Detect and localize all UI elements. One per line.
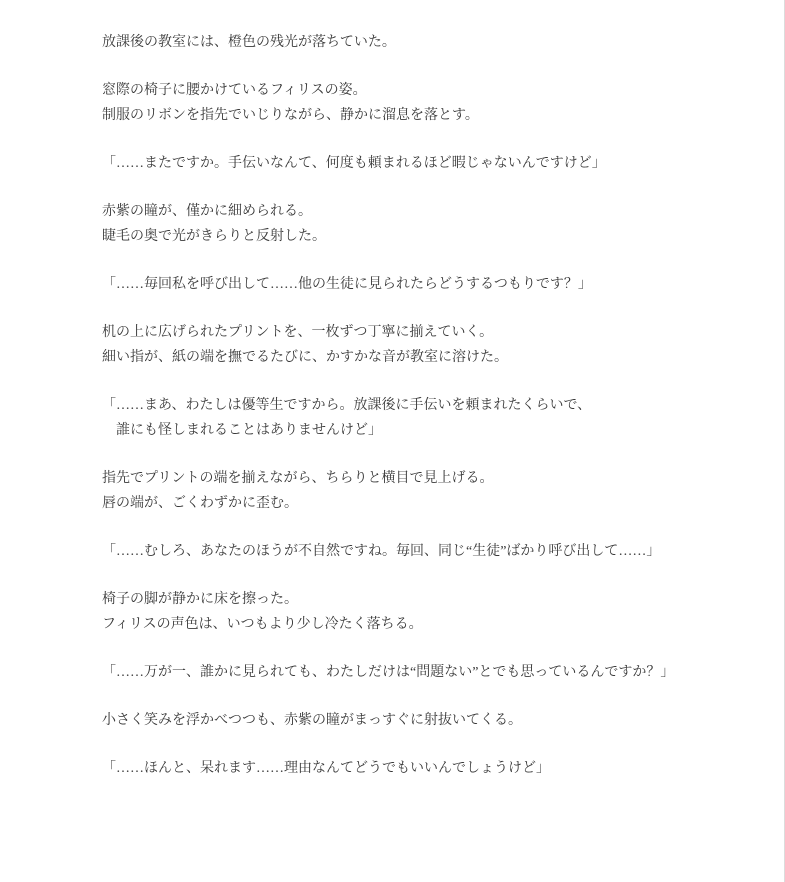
text-line: 「……ほんと、呆れます……理由なんてどうでもいいんでしょうけど」 [102, 756, 752, 781]
paragraph-dialogue: 「……万が一、誰かに見られても、わたしだけは“問題ない”とでも思っているんですか… [102, 660, 752, 685]
paragraph-narration: 赤紫の瞳が、僅かに細められる。睫毛の奥で光がきらりと反射した。 [102, 199, 752, 249]
paragraph-narration: 放課後の教室には、橙色の残光が落ちていた。 [102, 30, 752, 55]
text-line: 小さく笑みを浮かべつつも、赤紫の瞳がまっすぐに射抜いてくる。 [102, 708, 752, 733]
paragraph-narration: 指先でプリントの端を揃えながら、ちらりと横目で見上げる。唇の端が、ごくわずかに歪… [102, 466, 752, 516]
text-line: 指先でプリントの端を揃えながら、ちらりと横目で見上げる。 [102, 466, 752, 491]
paragraph-dialogue: 「……毎回私を呼び出して……他の生徒に見られたらどうするつもりです？」 [102, 272, 752, 297]
paragraph-dialogue: 「……まあ、わたしは優等生ですから。放課後に手伝いを頼まれたくらいで、 誰にも怪… [102, 393, 752, 443]
text-line: 「……万が一、誰かに見られても、わたしだけは“問題ない”とでも思っているんですか… [102, 660, 752, 685]
paragraph-dialogue: 「……むしろ、あなたのほうが不自然ですね。毎回、同じ“生徒”ばかり呼び出して……… [102, 539, 752, 564]
text-line: 細い指が、紙の端を撫でるたびに、かすかな音が教室に溶けた。 [102, 345, 752, 370]
text-line: 放課後の教室には、橙色の残光が落ちていた。 [102, 30, 752, 55]
paragraph-narration: 窓際の椅子に腰かけているフィリスの姿。制服のリボンを指先でいじりながら、静かに溜… [102, 78, 752, 128]
text-line: 赤紫の瞳が、僅かに細められる。 [102, 199, 752, 224]
text-line: 誰にも怪しまれることはありませんけど」 [102, 418, 752, 443]
paragraph-dialogue: 「……またですか。手伝いなんて、何度も頼まれるほど暇じゃないんですけど」 [102, 151, 752, 176]
document-body: 放課後の教室には、橙色の残光が落ちていた。窓際の椅子に腰かけているフィリスの姿。… [102, 30, 752, 781]
text-line: 「……毎回私を呼び出して……他の生徒に見られたらどうするつもりです？」 [102, 272, 752, 297]
text-line: 唇の端が、ごくわずかに歪む。 [102, 491, 752, 516]
text-line: 睫毛の奥で光がきらりと反射した。 [102, 224, 752, 249]
text-line: 窓際の椅子に腰かけているフィリスの姿。 [102, 78, 752, 103]
text-line: 机の上に広げられたプリントを、一枚ずつ丁寧に揃えていく。 [102, 320, 752, 345]
text-line: フィリスの声色は、いつもより少し冷たく落ちる。 [102, 612, 752, 637]
paragraph-narration: 椅子の脚が静かに床を擦った。フィリスの声色は、いつもより少し冷たく落ちる。 [102, 587, 752, 637]
text-line: 制服のリボンを指先でいじりながら、静かに溜息を落とす。 [102, 103, 752, 128]
paragraph-narration: 小さく笑みを浮かべつつも、赤紫の瞳がまっすぐに射抜いてくる。 [102, 708, 752, 733]
document-page: 放課後の教室には、橙色の残光が落ちていた。窓際の椅子に腰かけているフィリスの姿。… [0, 0, 785, 882]
text-line: 「……むしろ、あなたのほうが不自然ですね。毎回、同じ“生徒”ばかり呼び出して……… [102, 539, 752, 564]
text-line: 椅子の脚が静かに床を擦った。 [102, 587, 752, 612]
paragraph-dialogue: 「……ほんと、呆れます……理由なんてどうでもいいんでしょうけど」 [102, 756, 752, 781]
paragraph-narration: 机の上に広げられたプリントを、一枚ずつ丁寧に揃えていく。細い指が、紙の端を撫でる… [102, 320, 752, 370]
text-line: 「……またですか。手伝いなんて、何度も頼まれるほど暇じゃないんですけど」 [102, 151, 752, 176]
text-line: 「……まあ、わたしは優等生ですから。放課後に手伝いを頼まれたくらいで、 [102, 393, 752, 418]
